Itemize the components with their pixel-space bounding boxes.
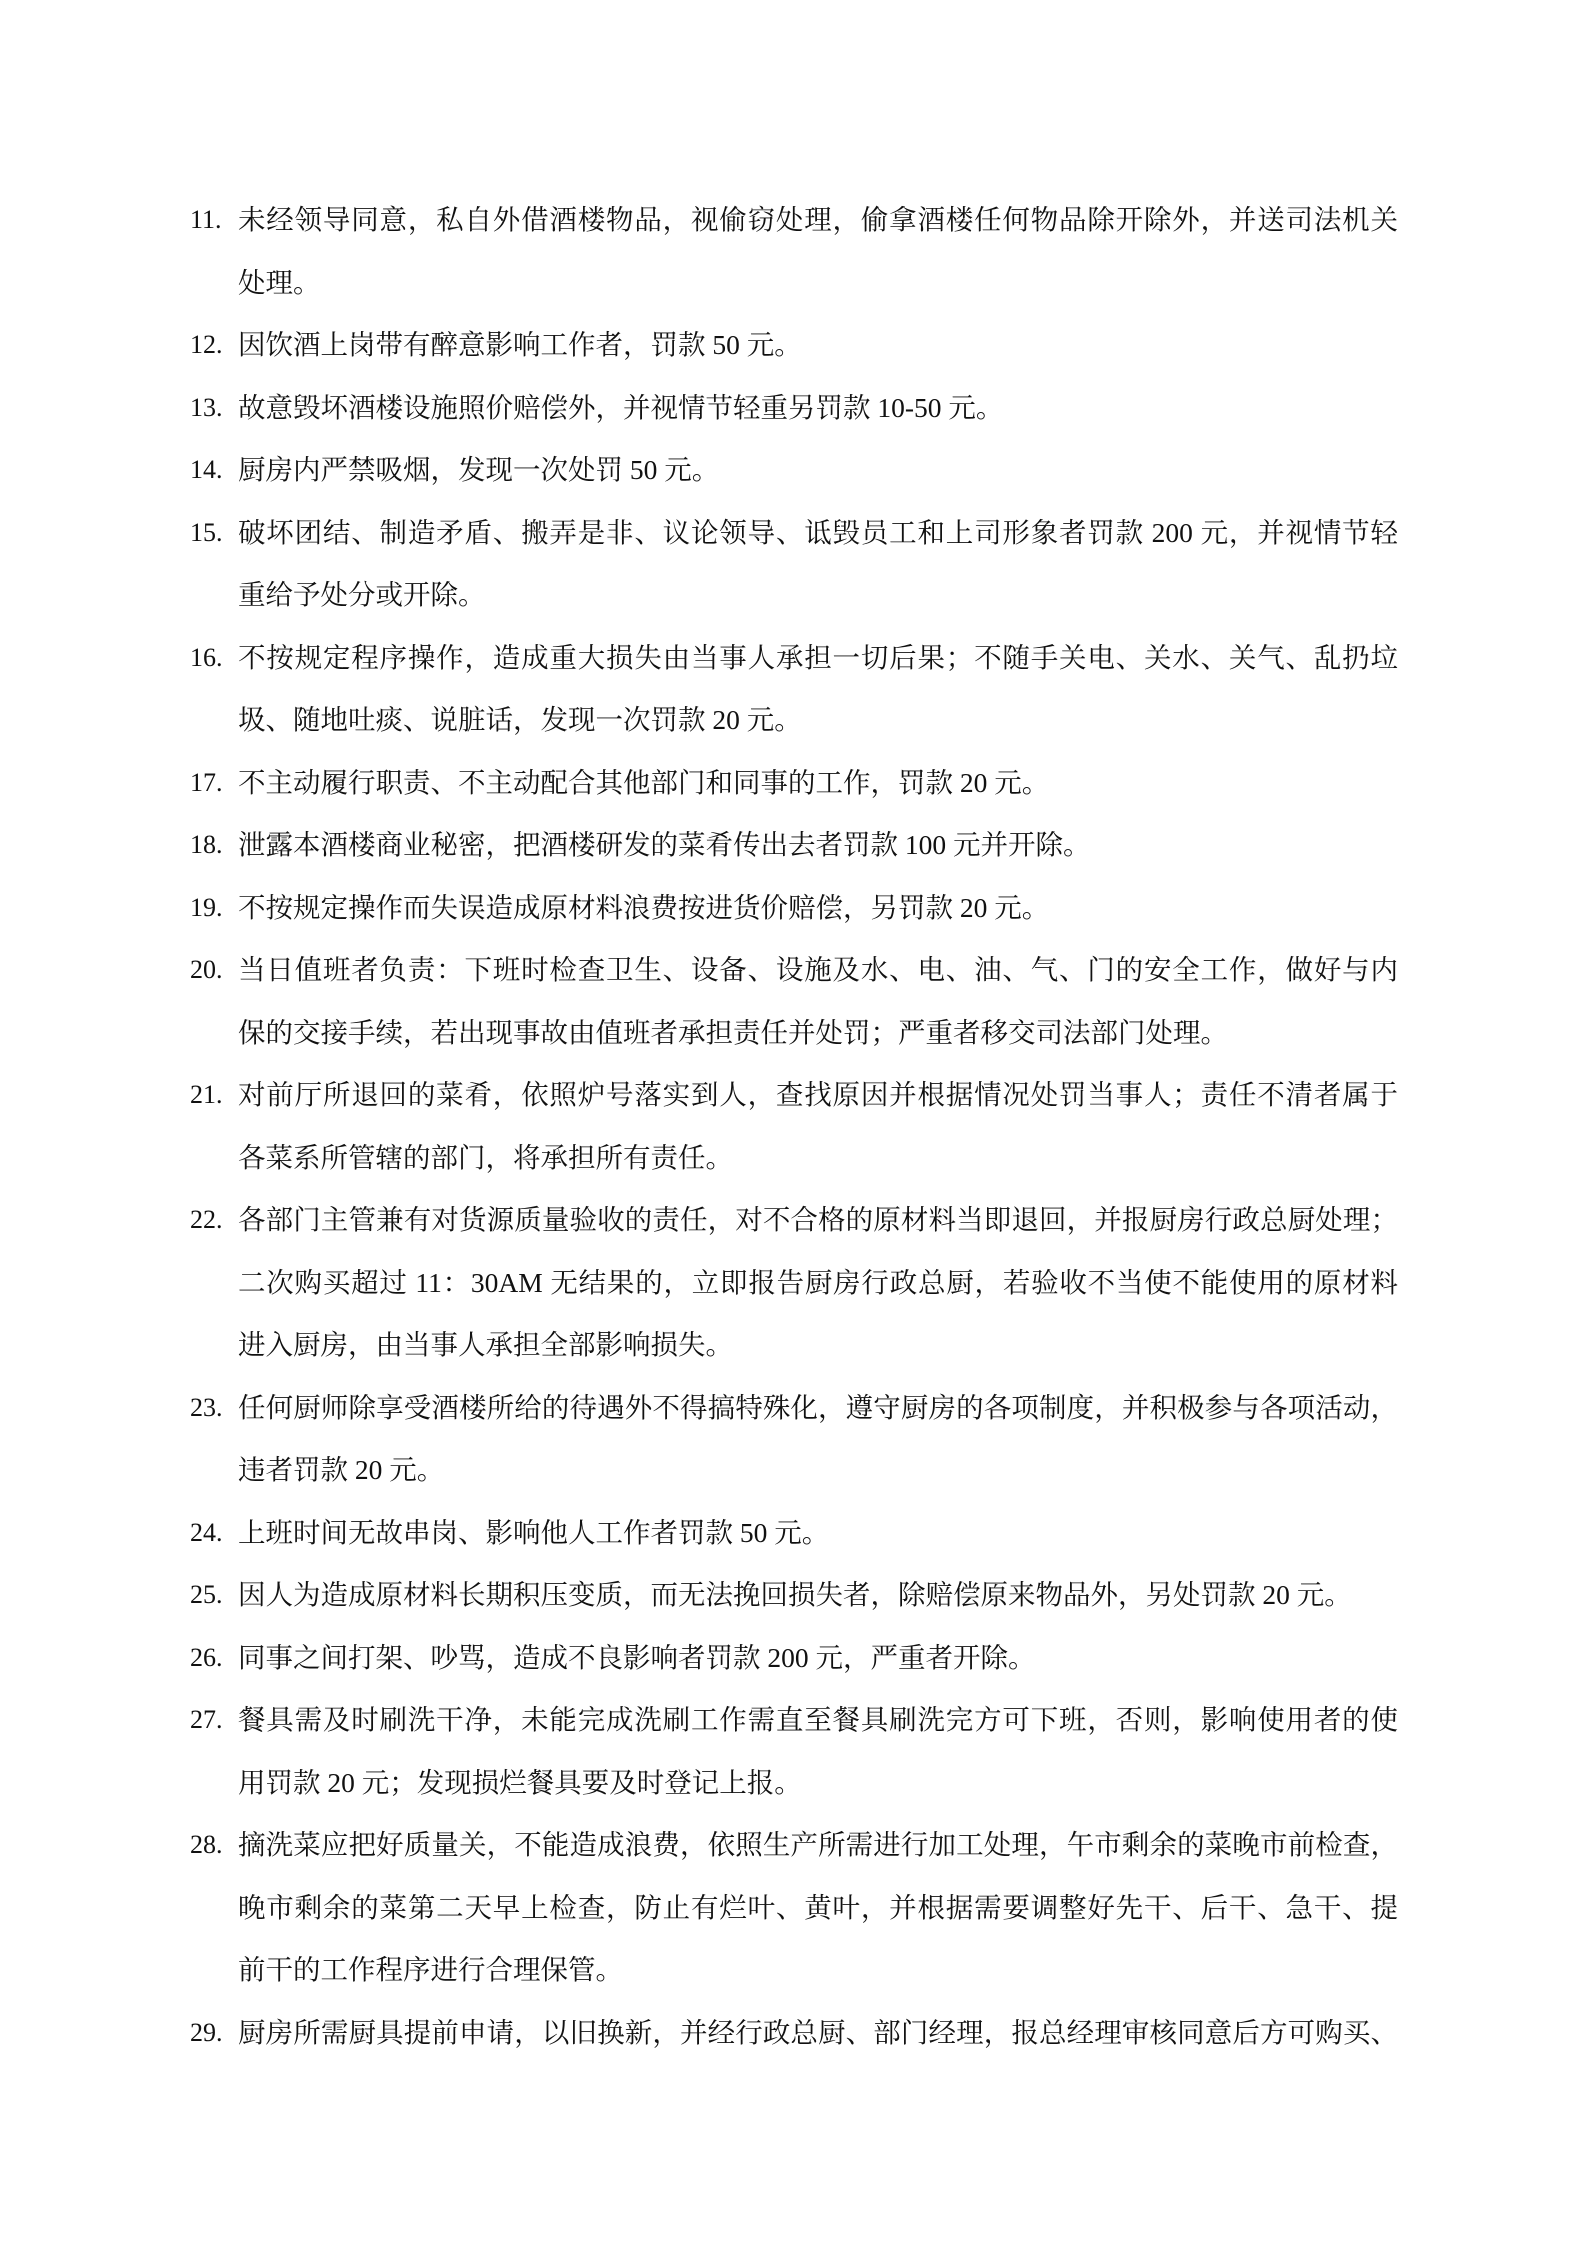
rule-text-line: 对前厅所退回的菜肴，依照炉号落实到人，查找原因并根据情况处罚当事人；责任不清者属… xyxy=(238,1064,1398,1127)
rule-item: 19.不按规定操作而失误造成原材料浪费按进货价赔偿，另罚款 20 元。 xyxy=(190,877,1398,940)
rule-number: 17. xyxy=(190,752,238,815)
rule-number: 11. xyxy=(190,189,238,252)
rule-text-line: 未经领导同意，私自外借酒楼物品，视偷窃处理，偷拿酒楼任何物品除开除外，并送司法机… xyxy=(238,189,1398,252)
rule-number: 20. xyxy=(190,939,238,1002)
rule-number: 18. xyxy=(190,814,238,877)
rule-number: 28. xyxy=(190,1814,238,1877)
rule-text-line: 晚市剩余的菜第二天早上检查，防止有烂叶、黄叶，并根据需要调整好先干、后干、急干、… xyxy=(238,1877,1398,1940)
rule-number: 24. xyxy=(190,1502,238,1565)
rule-number: 27. xyxy=(190,1689,238,1752)
rule-item: 20.当日值班者负责：下班时检查卫生、设备、设施及水、电、油、气、门的安全工作，… xyxy=(190,939,1398,1064)
rule-text-line: 违者罚款 20 元。 xyxy=(238,1439,1398,1502)
rule-item: 25.因人为造成原材料长期积压变质，而无法挽回损失者，除赔偿原来物品外，另处罚款… xyxy=(190,1564,1398,1627)
rule-number: 22. xyxy=(190,1189,238,1252)
rule-number: 21. xyxy=(190,1064,238,1127)
rule-text-line: 因饮酒上岗带有醉意影响工作者，罚款 50 元。 xyxy=(238,314,1398,377)
rule-number: 23. xyxy=(190,1377,238,1440)
rule-number: 14. xyxy=(190,439,238,502)
rule-text-line: 不主动履行职责、不主动配合其他部门和同事的工作，罚款 20 元。 xyxy=(238,752,1398,815)
rule-text-line: 泄露本酒楼商业秘密，把酒楼研发的菜肴传出去者罚款 100 元并开除。 xyxy=(238,814,1398,877)
rule-text-line: 保的交接手续，若出现事故由值班者承担责任并处罚；严重者移交司法部门处理。 xyxy=(238,1002,1398,1065)
rule-text-line: 破坏团结、制造矛盾、搬弄是非、议论领导、诋毁员工和上司形象者罚款 200 元，并… xyxy=(238,502,1398,565)
rule-text-line: 重给予处分或开除。 xyxy=(238,564,1398,627)
rule-item: 15.破坏团结、制造矛盾、搬弄是非、议论领导、诋毁员工和上司形象者罚款 200 … xyxy=(190,502,1398,627)
rules-list: 11.未经领导同意，私自外借酒楼物品，视偷窃处理，偷拿酒楼任何物品除开除外，并送… xyxy=(190,189,1398,2064)
rule-number: 25. xyxy=(190,1564,238,1627)
rule-text-line: 同事之间打架、吵骂，造成不良影响者罚款 200 元，严重者开除。 xyxy=(238,1627,1398,1690)
rule-text-line: 当日值班者负责：下班时检查卫生、设备、设施及水、电、油、气、门的安全工作，做好与… xyxy=(238,939,1398,1002)
rule-item: 17.不主动履行职责、不主动配合其他部门和同事的工作，罚款 20 元。 xyxy=(190,752,1398,815)
rule-text-line: 二次购买超过 11：30AM 无结果的，立即报告厨房行政总厨，若验收不当使不能使… xyxy=(238,1252,1398,1315)
rule-number: 15. xyxy=(190,502,238,565)
rule-item: 27.餐具需及时刷洗干净，未能完成洗刷工作需直至餐具刷洗完方可下班，否则，影响使… xyxy=(190,1689,1398,1814)
rule-item: 23.任何厨师除享受酒楼所给的待遇外不得搞特殊化，遵守厨房的各项制度，并积极参与… xyxy=(190,1377,1398,1502)
rule-text-line: 上班时间无故串岗、影响他人工作者罚款 50 元。 xyxy=(238,1502,1398,1565)
rule-number: 26. xyxy=(190,1627,238,1690)
rule-text-line: 进入厨房，由当事人承担全部影响损失。 xyxy=(238,1314,1398,1377)
rule-item: 24.上班时间无故串岗、影响他人工作者罚款 50 元。 xyxy=(190,1502,1398,1565)
rule-text-line: 各菜系所管辖的部门，将承担所有责任。 xyxy=(238,1127,1398,1190)
rule-text-line: 厨房内严禁吸烟，发现一次处罚 50 元。 xyxy=(238,439,1398,502)
rule-text-line: 任何厨师除享受酒楼所给的待遇外不得搞特殊化，遵守厨房的各项制度，并积极参与各项活… xyxy=(238,1377,1398,1440)
rule-text-line: 厨房所需厨具提前申请，以旧换新，并经行政总厨、部门经理，报总经理审核同意后方可购… xyxy=(238,2002,1398,2065)
rule-text-line: 前干的工作程序进行合理保管。 xyxy=(238,1939,1398,2002)
rule-text-line: 圾、随地吐痰、说脏话，发现一次罚款 20 元。 xyxy=(238,689,1398,752)
rule-item: 26.同事之间打架、吵骂，造成不良影响者罚款 200 元，严重者开除。 xyxy=(190,1627,1398,1690)
rule-number: 19. xyxy=(190,877,238,940)
rule-text-line: 各部门主管兼有对货源质量验收的责任，对不合格的原材料当即退回，并报厨房行政总厨处… xyxy=(238,1189,1398,1252)
rule-item: 21.对前厅所退回的菜肴，依照炉号落实到人，查找原因并根据情况处罚当事人；责任不… xyxy=(190,1064,1398,1189)
rule-text-line: 摘洗菜应把好质量关，不能造成浪费，依照生产所需进行加工处理，午市剩余的菜晚市前检… xyxy=(238,1814,1398,1877)
document-page: 11.未经领导同意，私自外借酒楼物品，视偷窃处理，偷拿酒楼任何物品除开除外，并送… xyxy=(0,0,1587,2245)
rule-text-line: 故意毁坏酒楼设施照价赔偿外，并视情节轻重另罚款 10-50 元。 xyxy=(238,377,1398,440)
rule-number: 29. xyxy=(190,2002,238,2065)
rule-item: 14.厨房内严禁吸烟，发现一次处罚 50 元。 xyxy=(190,439,1398,502)
rule-text-line: 用罚款 20 元；发现损烂餐具要及时登记上报。 xyxy=(238,1752,1398,1815)
rule-item: 28.摘洗菜应把好质量关，不能造成浪费，依照生产所需进行加工处理，午市剩余的菜晚… xyxy=(190,1814,1398,2002)
rule-text-line: 不按规定程序操作，造成重大损失由当事人承担一切后果；不随手关电、关水、关气、乱扔… xyxy=(238,627,1398,690)
rule-item: 16.不按规定程序操作，造成重大损失由当事人承担一切后果；不随手关电、关水、关气… xyxy=(190,627,1398,752)
rule-number: 16. xyxy=(190,627,238,690)
rule-item: 13.故意毁坏酒楼设施照价赔偿外，并视情节轻重另罚款 10-50 元。 xyxy=(190,377,1398,440)
rule-text-line: 不按规定操作而失误造成原材料浪费按进货价赔偿，另罚款 20 元。 xyxy=(238,877,1398,940)
rule-number: 13. xyxy=(190,377,238,440)
rule-item: 11.未经领导同意，私自外借酒楼物品，视偷窃处理，偷拿酒楼任何物品除开除外，并送… xyxy=(190,189,1398,314)
rule-text-line: 处理。 xyxy=(238,252,1398,315)
rule-number: 12. xyxy=(190,314,238,377)
rule-item: 12.因饮酒上岗带有醉意影响工作者，罚款 50 元。 xyxy=(190,314,1398,377)
rule-item: 22.各部门主管兼有对货源质量验收的责任，对不合格的原材料当即退回，并报厨房行政… xyxy=(190,1189,1398,1377)
rule-text-line: 因人为造成原材料长期积压变质，而无法挽回损失者，除赔偿原来物品外，另处罚款 20… xyxy=(238,1564,1398,1627)
rule-item: 29.厨房所需厨具提前申请，以旧换新，并经行政总厨、部门经理，报总经理审核同意后… xyxy=(190,2002,1398,2065)
rule-item: 18.泄露本酒楼商业秘密，把酒楼研发的菜肴传出去者罚款 100 元并开除。 xyxy=(190,814,1398,877)
rule-text-line: 餐具需及时刷洗干净，未能完成洗刷工作需直至餐具刷洗完方可下班，否则，影响使用者的… xyxy=(238,1689,1398,1752)
